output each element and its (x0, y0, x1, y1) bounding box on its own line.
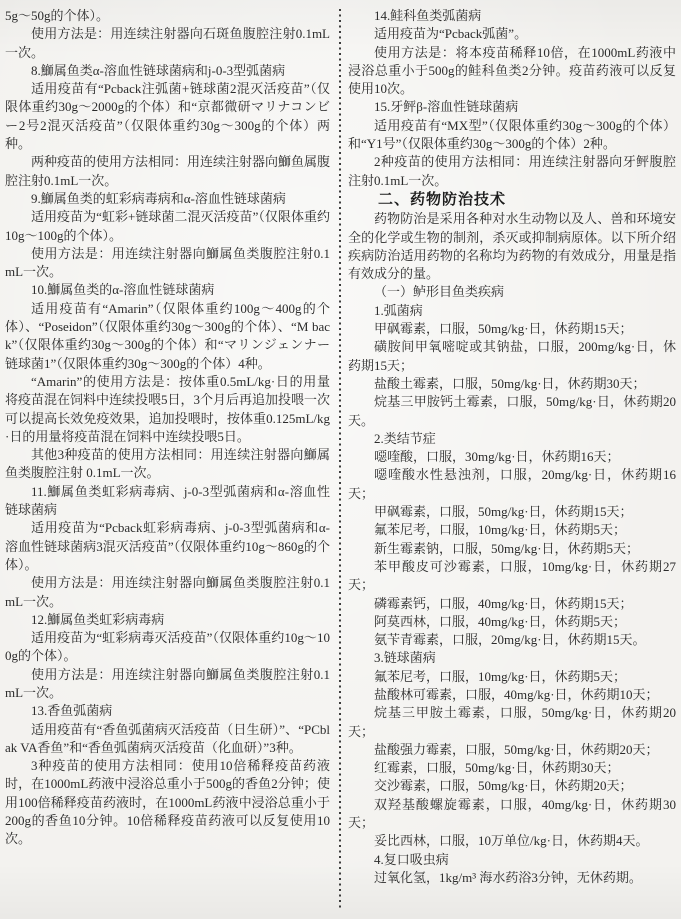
paragraph: 适用疫苗为“Pcback虹彩病毒病、j-0-3型弧菌病和α-溶血性链球菌病3混灭… (5, 519, 330, 574)
paragraph: 14.鲑科鱼类弧菌病 (348, 7, 676, 25)
paragraph: 妥比西林，口服，10万单位/kg·日，休药期4天。 (348, 832, 676, 850)
paragraph: 15.牙鲆β-溶血性链球菌病 (348, 98, 676, 116)
paragraph: 4.复口吸虫病 (348, 851, 676, 869)
paragraph: “Amarin”的使用方法是：按体重0.5mL/kg·日的用量将疫苗混在饲料中连… (5, 373, 330, 446)
paragraph: 红霉素，口服，50mg/kg·日，休药期30天； (348, 759, 676, 777)
paragraph: 2.类结节症 (348, 430, 676, 448)
paragraph: 其他3种疫苗的使用方法相同：用连续注射器向鰤属鱼类腹腔注射 0.1mL一次。 (5, 446, 330, 483)
paragraph: 12.鰤属鱼类虹彩病毒病 (5, 611, 330, 629)
paragraph: 磺胺间甲氧嘧啶或其钠盐，口服，200mg/kg·日，休药期15天； (348, 338, 676, 375)
paragraph: 新生霉素钠，口服，50mg/kg·日，休药期5天； (348, 540, 676, 558)
paragraph: 交沙霉素，口服，50mg/kg·日，休药期20天； (348, 777, 676, 795)
paragraph: 阿莫西林，口服，40mg/kg·日，休药期5天； (348, 613, 676, 631)
paragraph: 磷霉素钙，口服，40mg/kg·日，休药期15天； (348, 595, 676, 613)
right-column: 14.鲑科鱼类弧菌病适用疫苗为“Pcback弧菌”。使用方法是：将本疫苗稀释10… (348, 7, 676, 919)
paragraph: 13.香鱼弧菌病 (5, 702, 330, 720)
paragraph: 使用方法是：用连续注射器向鰤属鱼类腹腔注射0.1mL一次。 (5, 574, 330, 611)
left-column: 5g～50g的个体）。使用方法是：用连续注射器向石斑鱼腹腔注射0.1mL一次。8… (5, 7, 330, 919)
paragraph: 8.鰤属鱼类α-溶血性链球菌病和j-0-3型弧菌病 (5, 62, 330, 80)
paragraph: 适用疫苗有“MX型”（仅限体重约30g～300g的个体）和“Y1号”（仅限体重约… (348, 117, 676, 154)
paragraph: （一）鲈形目鱼类疾病 (348, 283, 676, 301)
paragraph: 氟苯尼考，口服，10mg/kg·日，休药期5天； (348, 668, 676, 686)
paragraph: 适用疫苗为“虹彩病毒灭活疫苗”（仅限体重约10g～100g的个体）。 (5, 629, 330, 666)
paragraph: 适用疫苗为“虹彩+链球菌二混灭活疫苗”（仅限体重约10g～100g的个体）。 (5, 208, 330, 245)
paragraph: 苯甲酸皮可沙霉素，口服，10mg/kg·日，休药期27天； (348, 558, 676, 595)
paragraph: 甲砜霉素，口服，50mg/kg·日，休药期15天； (348, 320, 676, 338)
paragraph: 2种疫苗的使用方法相同：用连续注射器向牙鲆腹腔注射0.1mL一次。 (348, 153, 676, 190)
paragraph: 噁喹酸，口服，30mg/kg·日，休药期16天； (348, 448, 676, 466)
paragraph: 11.鰤属鱼类虹彩病毒病、j-0-3型弧菌病和α-溶血性链球菌病 (5, 483, 330, 520)
document-page: 5g～50g的个体）。使用方法是：用连续注射器向石斑鱼腹腔注射0.1mL一次。8… (0, 0, 681, 919)
paragraph: 使用方法是：将本疫苗稀释10倍，在1000mL药液中浸浴总重小于500g的鲑科鱼… (348, 44, 676, 99)
paragraph: 3.链球菌病 (348, 649, 676, 667)
paragraph: 使用方法是：用连续注射器向石斑鱼腹腔注射0.1mL一次。 (5, 25, 330, 62)
paragraph: 9.鰤属鱼类的虹彩病毒病和α-溶血性链球菌病 (5, 190, 330, 208)
section-heading: 二、药物防治技术 (348, 190, 676, 210)
paragraph: 盐酸强力霉素，口服，50mg/kg·日，休药期20天； (348, 741, 676, 759)
paragraph: 3种疫苗的使用方法相同：使用10倍稀释疫苗药液时，在1000mL药液中浸浴总重小… (5, 757, 330, 848)
paragraph: 烷基三甲胺土霉素，口服，50mg/kg·日，休药期20天； (348, 704, 676, 741)
paragraph: 氨苄青霉素，口服，20mg/kg·日，休药期15天。 (348, 631, 676, 649)
two-column-layout: 5g～50g的个体）。使用方法是：用连续注射器向石斑鱼腹腔注射0.1mL一次。8… (0, 0, 681, 919)
paragraph: 适用疫苗为“Pcback弧菌”。 (348, 25, 676, 43)
paragraph: 甲砜霉素，口服，50mg/kg·日，休药期15天； (348, 503, 676, 521)
paragraph: 适用疫苗有“Pcback注弧菌+链球菌2混灭活疫苗”（仅限体重约30g～2000… (5, 80, 330, 153)
paragraph: 烷基三甲胺钙土霉素，口服，50mg/kg·日，休药期20天。 (348, 393, 676, 430)
paragraph: 适用疫苗有“香鱼弧菌病灭活疫苗（日生研）”、“PCblak VA香鱼”和“香鱼弧… (5, 721, 330, 758)
paragraph: 使用方法是：用连续注射器向鰤属鱼类腹腔注射0.1mL一次。 (5, 245, 330, 282)
column-divider (339, 9, 341, 911)
paragraph: 使用方法是：用连续注射器向鰤属鱼类腹腔注射0.1mL一次。 (5, 666, 330, 703)
paragraph: 两种疫苗的使用方法相同：用连续注射器向鰤鱼属腹腔注射0.1mL一次。 (5, 153, 330, 190)
paragraph: 盐酸土霉素，口服，50mg/kg·日，休药期30天； (348, 375, 676, 393)
paragraph: 氟苯尼考，口服，10mg/kg·日，休药期5天； (348, 521, 676, 539)
paragraph: 盐酸林可霉素，口服，40mg/kg·日，休药期10天； (348, 686, 676, 704)
paragraph: 5g～50g的个体）。 (5, 7, 330, 25)
paragraph: 药物防治是采用各种对水生动物以及人、兽和环境安全的化学或生物的制剂，杀灭或抑制病… (348, 210, 676, 283)
paragraph: 1.弧菌病 (348, 302, 676, 320)
paragraph: 噁喹酸水性悬浊剂，口服，20mg/kg·日，休药期16天； (348, 466, 676, 503)
paragraph: 过氧化氢，1kg/m³ 海水药浴3分钟，无休药期。 (348, 869, 676, 887)
paragraph: 适用疫苗有“Amarin”（仅限体重约100g～400g的个体）、“Poseid… (5, 300, 330, 373)
paragraph: 10.鰤属鱼类的α-溶血性链球菌病 (5, 281, 330, 299)
paragraph: 双羟基酸螺旋霉素，口服，40mg/kg·日，休药期30天； (348, 796, 676, 833)
